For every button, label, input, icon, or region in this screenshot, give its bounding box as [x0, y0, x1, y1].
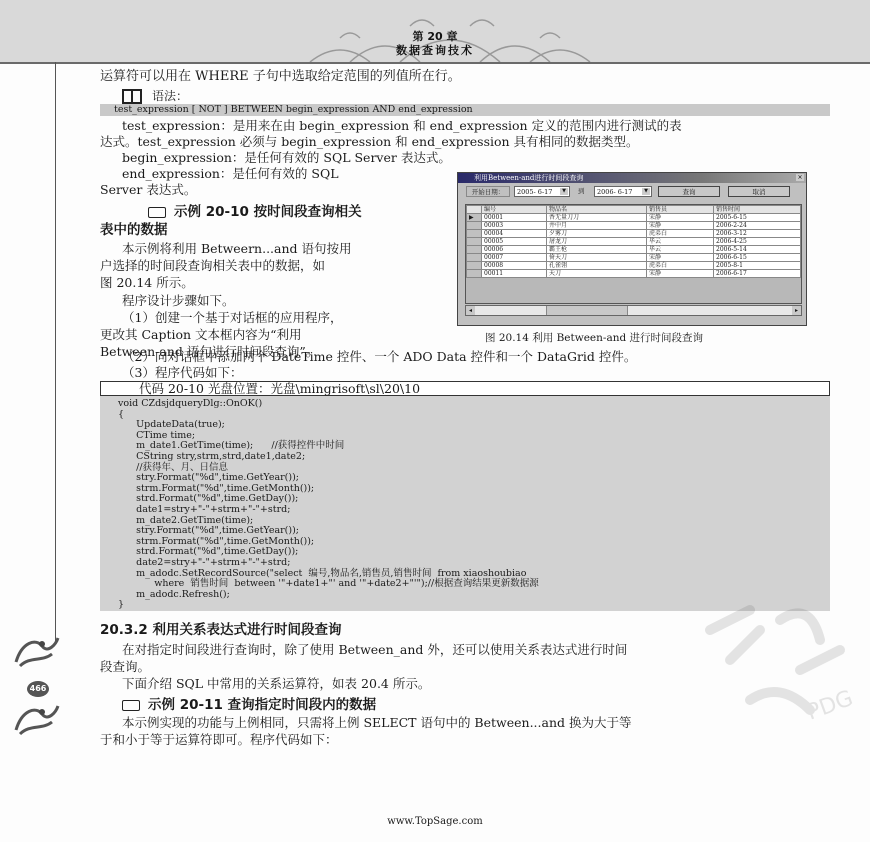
table-cell: 2006-2-24: [714, 222, 801, 230]
param-begin: begin_expression：是任何有效的 SQL Server 表达式。: [122, 150, 451, 166]
section-para2: 下面介绍 SQL 中常用的关系运算符，如表 20.4 所示。: [122, 676, 430, 692]
table-cell: 2005-8-1: [714, 262, 801, 270]
code-line: m_adodc.Refresh();: [118, 589, 230, 601]
example-body-line1: 本示例将利用 Betweern...and 语句按用: [122, 241, 352, 257]
data-grid-table: 编号物品名销售员销售时间 ▶00001香无量刀刀宋静2005-6-1500003…: [466, 205, 801, 278]
table-row[interactable]: 00004夕雾刀虎弟白2006-3-12: [467, 230, 801, 238]
cancel-button[interactable]: 取消: [728, 186, 790, 197]
example-body-line2: 户选择的时间段查询相关表中的数据，如: [100, 258, 325, 274]
svg-text:PDG: PDG: [804, 686, 857, 726]
table-cell: 香无量刀刀: [547, 214, 647, 222]
dropdown-arrow-icon[interactable]: ▼: [642, 188, 650, 195]
data-grid[interactable]: 编号物品名销售员销售时间 ▶00001香无量刀刀宋静2005-6-1500003…: [465, 204, 802, 304]
table-cell: 宋静: [647, 254, 714, 262]
table-cell: 00001: [482, 214, 547, 222]
margin-rule: [55, 62, 56, 642]
param-end-line2: Server 表达式。: [100, 182, 196, 198]
to-label: 到: [578, 186, 592, 197]
page-number: 466: [27, 681, 49, 697]
horizontal-scrollbar[interactable]: ◂ ▸: [465, 305, 802, 316]
scroll-right-icon[interactable]: ▸: [792, 306, 801, 315]
intro-text: 运算符可以用在 WHERE 子句中选取给定范围的列值所在行。: [100, 69, 461, 85]
table-cell: 毕云: [647, 246, 714, 254]
code-title: 代码 20-10 光盘位置：光盘\mingrisoft\sl\20\10: [100, 381, 830, 396]
table-cell: 霸王枪: [547, 246, 647, 254]
watermark-stamp-icon: PDG: [690, 590, 870, 740]
dialog-titlebar: 利用Between-and进行时间段查询 ×: [458, 173, 806, 183]
example-body-line3: 图 20.14 所示。: [100, 275, 194, 291]
row-selector[interactable]: [467, 222, 482, 230]
column-header[interactable]: 销售员: [647, 206, 714, 214]
example-20-11-heading-text: 示例 20-11 查询指定时间段内的数据: [148, 697, 376, 713]
figure-caption: 图 20.14 利用 Between-and 进行时间段查询: [485, 330, 703, 345]
start-date-value: 2005- 6-17: [517, 188, 552, 196]
step2: （2）向对话框中添加两个 DateTime 控件、一个 ADO Data 控件和…: [122, 349, 636, 365]
start-date-label: 开始日期：: [466, 186, 510, 197]
table-cell: 虎弟白: [647, 262, 714, 270]
table-cell: 00008: [482, 262, 547, 270]
code-line: }: [118, 599, 124, 611]
section-para1-line2: 段查询。: [100, 659, 150, 675]
row-selector[interactable]: [467, 254, 482, 262]
book-icon: [122, 89, 142, 104]
close-icon[interactable]: ×: [796, 174, 804, 181]
table-row[interactable]: 00011天刀宋静2006-6-17: [467, 270, 801, 278]
table-cell: 2005-6-15: [714, 214, 801, 222]
code-line: void CZdsjdqueryDlg::OnOK(): [118, 398, 262, 410]
table-cell: 孔雀翎: [547, 262, 647, 270]
table-cell: 天刀: [547, 270, 647, 278]
step1-line2: 更改其 Caption 文本框内容为“利用: [100, 327, 301, 343]
table-cell: 宋静: [647, 270, 714, 278]
table-cell: 00005: [482, 238, 547, 246]
scroll-left-icon[interactable]: ◂: [466, 306, 475, 315]
row-selector[interactable]: [467, 270, 482, 278]
column-header[interactable]: 物品名: [547, 206, 647, 214]
step1-line1: （1）创建一个基于对话框的应用程序，: [122, 310, 342, 326]
steps-intro: 程序设计步骤如下。: [122, 293, 235, 309]
dialog-title: 利用Between-and进行时间段查询: [474, 174, 583, 182]
folder-icon: [122, 700, 140, 711]
step3: （3）程序代码如下：: [122, 365, 242, 381]
param-end-line1: end_expression：是任何有效的 SQL: [122, 166, 339, 182]
table-row[interactable]: 00007倚天刀宋静2006-6-15: [467, 254, 801, 262]
row-selector[interactable]: [467, 238, 482, 246]
table-cell: 2006-6-17: [714, 270, 801, 278]
table-cell: 2006-5-14: [714, 246, 801, 254]
table-row[interactable]: 00003井中月宋静2006-2-24: [467, 222, 801, 230]
section-para3-line2: 于和小于等于运算符即可。程序代码如下：: [100, 732, 338, 748]
table-row[interactable]: 00006霸王枪毕云2006-5-14: [467, 246, 801, 254]
example-20-11-heading: 示例 20-11 查询指定时间段内的数据: [122, 693, 376, 713]
page-header: 第 20 章 数据查询技术: [0, 0, 870, 64]
section-para1-line1: 在对指定时间段进行查询时，除了使用 Between_and 外，还可以使用关系表…: [122, 642, 627, 658]
table-cell: 虎弟白: [647, 230, 714, 238]
table-cell: 2006-4-25: [714, 238, 801, 246]
table-cell: 井中月: [547, 222, 647, 230]
table-cell: 夕雾刀: [547, 230, 647, 238]
example-20-10-heading: 示例 20-10 按时间段查询相关: [148, 200, 362, 220]
figure-dialog-screenshot: 利用Between-and进行时间段查询 × 开始日期： 2005- 6-17▼…: [457, 172, 807, 326]
table-row[interactable]: ▶00001香无量刀刀宋静2005-6-15: [467, 214, 801, 222]
syntax-statement: test_expression [ NOT ] BETWEEN begin_ex…: [100, 104, 830, 116]
example-heading-text: 示例 20-10 按时间段查询相关: [174, 204, 362, 220]
param-test-line2: 达式。test_expression 必须与 begin_expression …: [100, 134, 639, 150]
end-date-picker[interactable]: 2006- 6-17▼: [594, 186, 652, 197]
dragon-ornament-icon: [12, 632, 60, 672]
example-20-10-heading-cont: 表中的数据: [100, 218, 168, 238]
column-header[interactable]: 销售时间: [714, 206, 801, 214]
table-cell: 00007: [482, 254, 547, 262]
syntax-label-text: 语法：: [152, 89, 188, 103]
folder-icon: [148, 207, 166, 218]
table-cell: 宋静: [647, 214, 714, 222]
start-date-picker[interactable]: 2005- 6-17▼: [514, 186, 570, 197]
table-cell: 宋静: [647, 222, 714, 230]
table-row[interactable]: 00005屠龙刀毕云2006-4-25: [467, 238, 801, 246]
syntax-label: 语法：: [122, 87, 188, 104]
table-cell: 毕云: [647, 238, 714, 246]
dropdown-arrow-icon[interactable]: ▼: [560, 188, 568, 195]
table-row[interactable]: 00008孔雀翎虎弟白2005-8-1: [467, 262, 801, 270]
scroll-thumb[interactable]: [546, 306, 628, 315]
footer-url: www.TopSage.com: [0, 816, 870, 827]
chapter-title: 数据查询技术: [0, 42, 870, 58]
dialog-toolbar: 开始日期： 2005- 6-17▼ 到 2006- 6-17▼ 查询 取消: [458, 186, 806, 200]
dragon-ornament-icon: [12, 700, 60, 740]
section-para3-line1: 本示例实现的功能与上例相同，只需将上例 SELECT 语句中的 Between.…: [122, 715, 632, 731]
param-test-line1: test_expression：是用来在由 begin_expression 和…: [122, 118, 682, 134]
table-cell: 00004: [482, 230, 547, 238]
row-selector-header: [467, 206, 482, 214]
table-cell: 屠龙刀: [547, 238, 647, 246]
table-cell: 00011: [482, 270, 547, 278]
code-block: void CZdsjdqueryDlg::OnOK(){ UpdateData(…: [100, 396, 830, 611]
table-cell: 00006: [482, 246, 547, 254]
table-cell: 倚天刀: [547, 254, 647, 262]
table-cell: 2006-6-15: [714, 254, 801, 262]
column-header[interactable]: 编号: [482, 206, 547, 214]
end-date-value: 2006- 6-17: [597, 188, 632, 196]
section-heading: 20.3.2 利用关系表达式进行时间段查询: [100, 618, 342, 638]
table-cell: 2006-3-12: [714, 230, 801, 238]
table-cell: 00003: [482, 222, 547, 230]
row-selector[interactable]: [467, 262, 482, 270]
row-selector[interactable]: [467, 246, 482, 254]
row-selector[interactable]: ▶: [467, 214, 482, 222]
query-button[interactable]: 查询: [658, 186, 720, 197]
row-selector[interactable]: [467, 230, 482, 238]
